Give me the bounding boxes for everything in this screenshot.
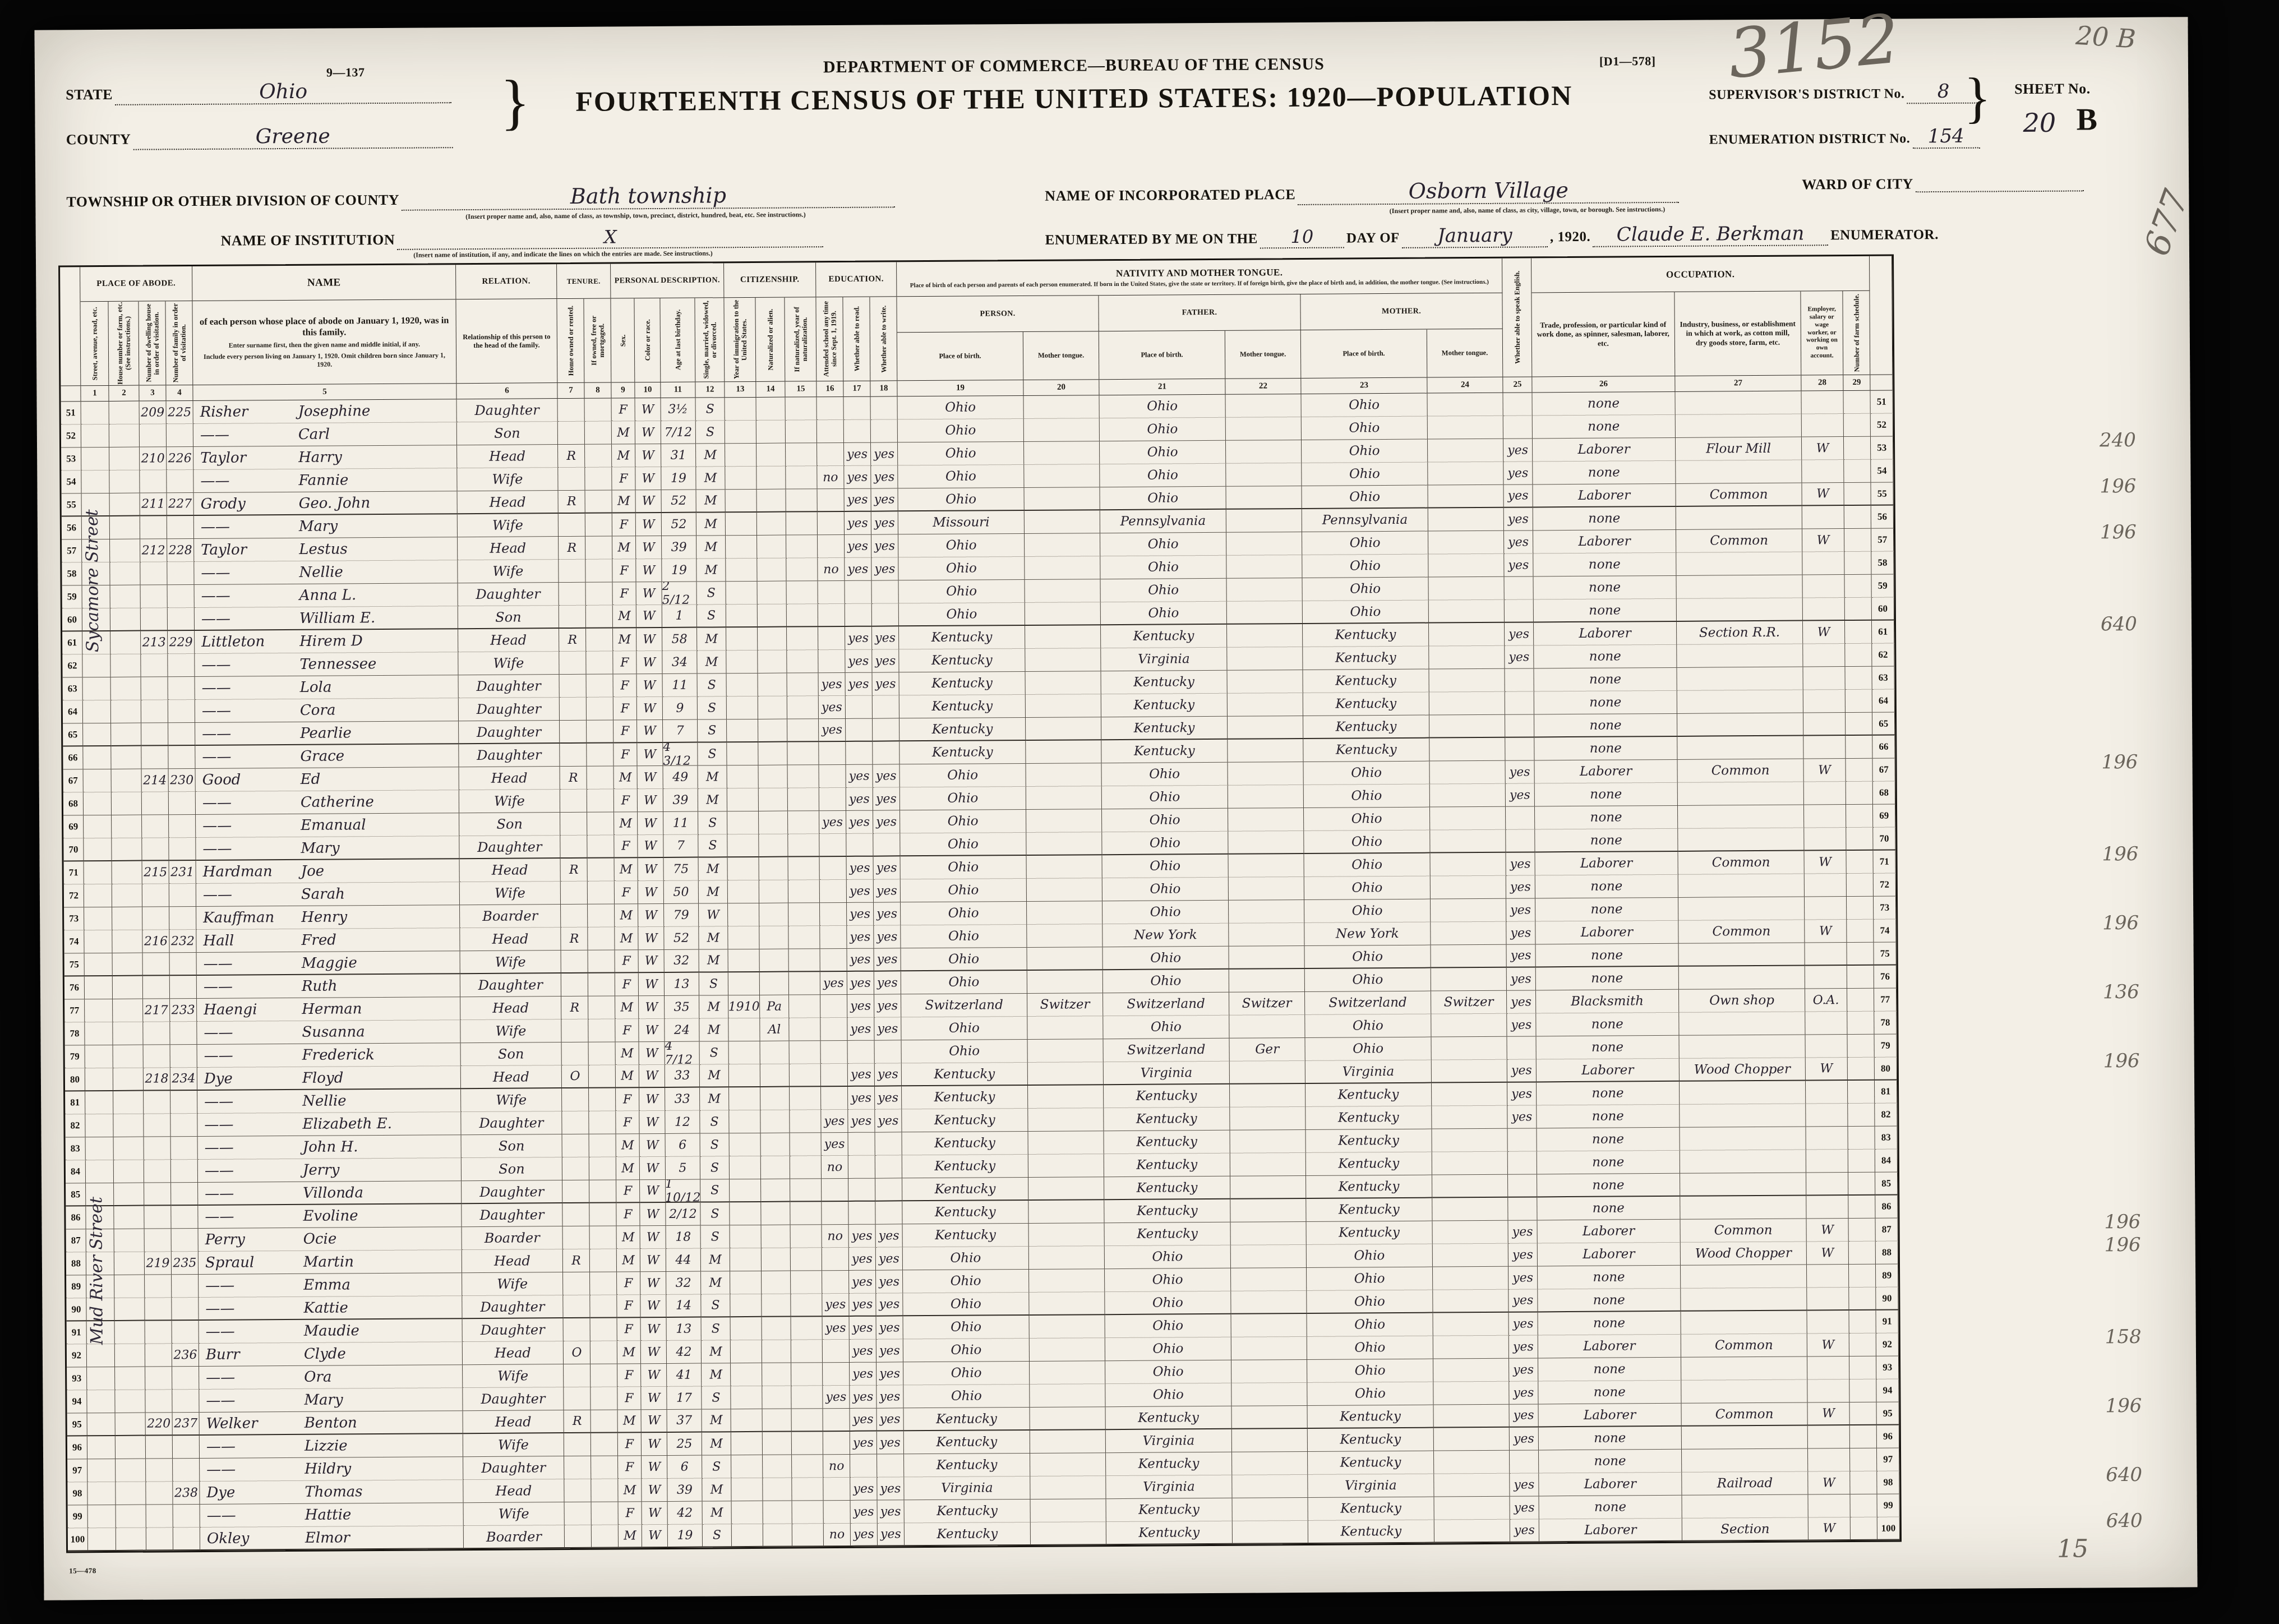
cell-birthplace: Kentucky [902, 1201, 1028, 1224]
cell-mother-tongue [1030, 1476, 1106, 1500]
cell-can-read [845, 604, 872, 627]
table-row-name: ——Grace [195, 744, 459, 769]
cell-speaks-english: yes [1508, 1289, 1538, 1312]
table-row-name: ——Lola [195, 675, 459, 700]
cell-given-name: Harry [298, 449, 342, 465]
cell-naturalized: Pa [760, 995, 789, 1018]
cell-relation: Wife [464, 1502, 565, 1526]
cell-father-birthplace: Kentucky [1101, 625, 1227, 648]
table-row-name: ——Frederick [197, 1043, 461, 1068]
cell-family-number [171, 1137, 198, 1160]
cell-naturalized [759, 857, 788, 880]
cell-dwelling-number [144, 1160, 171, 1183]
cell-worker-class: W [1803, 759, 1846, 782]
cell-mother-tongue [1025, 625, 1101, 649]
cell-surname: —— [202, 702, 300, 719]
cell-marital: S [700, 1156, 730, 1179]
cell-naturalization-year [792, 1409, 823, 1432]
cell-speaks-english: yes [1508, 1220, 1538, 1243]
cell-mother-birthplace: Kentucky [1303, 739, 1429, 762]
cell-line-number-right: 76 [1874, 966, 1897, 989]
cell-house-number [113, 999, 143, 1022]
cell-surname: —— [202, 748, 300, 765]
cell-color: W [639, 1111, 665, 1134]
cell-age: 52 [662, 490, 696, 513]
cell-naturalization-year [787, 604, 818, 627]
cell-age: 7/12 [661, 421, 696, 444]
cell-can-write: yes [875, 1063, 902, 1086]
cell-can-write: yes [876, 1293, 903, 1316]
cell-line-number-right: 94 [1876, 1379, 1899, 1402]
cell-family-number: 237 [173, 1413, 200, 1436]
table-row-name: DyeFloyd [197, 1066, 461, 1091]
cell-marital: S [700, 1110, 729, 1133]
cell-naturalized [758, 582, 787, 605]
cell-naturalization-year [792, 1478, 823, 1501]
cell-home-owned [558, 422, 585, 445]
cell-speaks-english: yes [1505, 622, 1534, 645]
cell-can-write: yes [876, 1362, 903, 1385]
cell-father-birthplace: Ohio [1099, 395, 1225, 418]
column-number-13: 13 [725, 382, 756, 398]
cell-mother-tongue [1027, 970, 1103, 994]
cell-given-name: Mary [304, 1391, 343, 1408]
cell-worker-class: W [1806, 1219, 1848, 1242]
cell-naturalized [762, 1363, 791, 1386]
cell-age: 33 [665, 1065, 700, 1088]
year-label: , 1920. [1550, 229, 1590, 244]
pencil-margin-number: 640 [2106, 1510, 2143, 1532]
cell-mother-birthplace: Ohio [1302, 578, 1428, 601]
cell-father-tongue [1230, 1061, 1305, 1085]
cell-line-number-right: 66 [1872, 736, 1895, 759]
cell-line-number-right: 54 [1871, 460, 1893, 483]
cell-marital: M [699, 949, 728, 972]
cell-naturalization-year [786, 443, 817, 466]
cell-mortgage [586, 628, 613, 651]
cell-street [88, 1528, 116, 1551]
cell-color: W [637, 697, 663, 720]
cell-immigration-year [731, 1455, 763, 1478]
cell-naturalized [758, 673, 787, 696]
cell-dwelling-number: 213 [141, 631, 168, 654]
cell-dwelling-number [142, 907, 169, 930]
cell-worker-class [1802, 460, 1844, 483]
cell-house-number [116, 1436, 146, 1459]
cell-worker-class: W [1802, 483, 1844, 506]
cell-worker-class: W [1804, 851, 1846, 874]
cell-street [84, 792, 112, 815]
cell-color: W [638, 835, 663, 858]
cell-marital: S [698, 673, 727, 696]
cell-father-birthplace: Ohio [1102, 901, 1229, 924]
cell-home-owned [560, 790, 587, 813]
cell-line-number-right: 60 [1872, 598, 1894, 621]
township-note: (Insert proper name and, also, name of c… [383, 210, 888, 221]
cell-naturalized [757, 490, 786, 513]
cell-immigration-year [725, 398, 756, 421]
cell-industry [1678, 943, 1805, 967]
department-line: DEPARTMENT OF COMMERCE—BUREAU OF THE CEN… [823, 55, 1325, 77]
cell-home-owned [559, 560, 585, 583]
table-row-name: ——Carl [193, 422, 457, 447]
cell-worker-class [1808, 1494, 1850, 1517]
cell-relation: Wife [457, 468, 558, 491]
cell-age: 75 [664, 858, 699, 881]
cell-trade: none [1534, 645, 1677, 669]
cell-marital: M [702, 1363, 731, 1386]
cell-house-number [110, 654, 141, 677]
cell-birthplace: Kentucky [904, 1454, 1030, 1477]
cell-immigration-year [730, 1271, 762, 1294]
cell-father-birthplace: Virginia [1106, 1475, 1232, 1499]
cell-home-owned [560, 721, 587, 744]
cell-father-tongue [1227, 647, 1303, 671]
cell-attended-school [821, 1064, 848, 1087]
cell-immigration-year [730, 1179, 761, 1202]
cell-mother-birthplace: Ohio [1307, 1336, 1433, 1360]
cell-mother-birthplace: Kentucky [1303, 647, 1429, 670]
cell-trade: none [1535, 875, 1678, 899]
cell-line-number: 88 [66, 1252, 86, 1275]
cell-dwelling-number [144, 1183, 171, 1206]
cell-color: W [642, 1479, 667, 1502]
cell-marital: M [699, 1018, 728, 1041]
column-number-17: 17 [843, 381, 870, 397]
cell-naturalization-year [789, 1018, 820, 1041]
cell-worker-class: W [1809, 1517, 1851, 1540]
cell-home-owned [559, 583, 586, 606]
cell-speaks-english [1506, 806, 1535, 829]
incorporated-place-note: (Insert proper name and, also, name of c… [1314, 205, 1740, 216]
cell-street [81, 402, 109, 425]
cell-mother-birthplace: Ohio [1304, 899, 1431, 923]
cell-mortgage [587, 812, 614, 835]
cell-immigration-year [726, 513, 757, 536]
cell-can-read: yes [850, 1317, 876, 1340]
institution-value: X [604, 226, 617, 247]
column-number-15: 15 [785, 381, 816, 397]
cell-line-number: 75 [64, 953, 85, 976]
cell-home-owned: R [561, 928, 588, 951]
cell-color: W [639, 1065, 665, 1088]
cell-house-number [111, 723, 141, 746]
cell-mother-birthplace: Kentucky [1303, 624, 1429, 647]
cell-home-owned: R [563, 1249, 590, 1272]
cell-can-read: yes [849, 1225, 876, 1248]
incorporated-place-label: NAME OF INCORPORATED PLACE [1045, 186, 1295, 204]
cell-can-write: yes [873, 787, 900, 810]
cell-home-owned [559, 514, 585, 537]
cell-house-number [115, 1367, 145, 1390]
cell-dwelling-number: 210 [140, 447, 167, 470]
cell-house-number [112, 769, 142, 792]
citizenship-group-title: CITIZENSHIP. [724, 262, 816, 298]
cell-industry [1682, 1448, 1808, 1472]
cell-worker-class: W [1807, 1242, 1849, 1265]
cell-house-number [109, 470, 140, 493]
cell-color: W [638, 927, 664, 950]
cell-mother-birthplace: Ohio [1307, 1313, 1433, 1337]
cell-farm-schedule [1845, 644, 1872, 667]
cell-mother-tongue2 [1434, 1428, 1510, 1451]
cell-mother-tongue2 [1428, 577, 1504, 601]
cell-industry [1680, 1104, 1806, 1127]
cell-color: W [640, 1295, 666, 1318]
cell-farm-schedule [1844, 483, 1871, 506]
cell-house-number [114, 1206, 144, 1229]
cell-worker-class: W [1803, 621, 1845, 644]
cell-birthplace: Kentucky [899, 649, 1025, 672]
cell-worker-class [1806, 1081, 1848, 1104]
cell-relation: Son [461, 1042, 562, 1066]
cell-father-tongue [1225, 394, 1301, 418]
cell-can-write [871, 419, 898, 442]
column-number-14: 14 [756, 382, 785, 398]
cell-marital: M [699, 857, 728, 880]
cell-trade: none [1533, 415, 1676, 439]
cell-age: 39 [667, 1479, 702, 1502]
census-title: FOURTEENTH CENSUS OF THE UNITED STATES: … [575, 79, 1572, 118]
cell-surname: Kauffman [203, 909, 301, 926]
cell-color: W [639, 973, 665, 996]
cell-father-tongue [1229, 854, 1304, 878]
cell-attended-school [822, 1271, 849, 1294]
cell-surname: —— [201, 587, 299, 605]
cell-mother-tongue [1028, 1154, 1104, 1178]
cell-birthplace: Ohio [901, 925, 1027, 948]
cell-farm-schedule [1849, 1242, 1876, 1265]
cell-immigration-year [728, 903, 759, 926]
table-row-name: ——Hattie [200, 1503, 464, 1528]
cell-father-birthplace: Ohio [1100, 418, 1226, 441]
cell-dwelling-number [144, 1114, 170, 1137]
cell-sex: F [616, 1203, 640, 1226]
cell-mortgage [587, 674, 613, 697]
cell-line-number: 54 [61, 470, 81, 493]
cell-mother-birthplace: Kentucky [1303, 693, 1429, 716]
cell-industry [1677, 667, 1803, 691]
cell-sex: F [617, 1272, 640, 1295]
line-number-column-header [60, 267, 81, 386]
cell-trade: none [1534, 691, 1677, 715]
cell-mother-birthplace: Kentucky [1308, 1428, 1434, 1452]
cell-can-read: yes [845, 650, 872, 673]
cell-mortgage [591, 1433, 618, 1456]
cell-mother-tongue [1025, 533, 1100, 557]
cell-surname: —— [201, 564, 299, 582]
cell-birthplace: Kentucky [902, 1063, 1028, 1086]
cell-family-number [170, 1022, 197, 1045]
cell-marital: M [696, 490, 726, 513]
cell-mother-tongue2 [1428, 439, 1503, 463]
cell-naturalized [763, 1409, 792, 1432]
enumerated-line: ENUMERATED BY ME ON THE 10 DAY OF Januar… [1045, 222, 1939, 251]
cell-birthplace: Ohio [898, 419, 1024, 442]
cell-sex: F [616, 1111, 639, 1134]
cell-line-number-right: 73 [1874, 897, 1896, 920]
cell-naturalized [759, 926, 788, 949]
cell-industry [1678, 805, 1804, 829]
cell-family-number [167, 516, 194, 539]
cell-mortgage [585, 421, 612, 444]
cell-father-birthplace: Kentucky [1101, 740, 1228, 763]
cell-age: 18 [666, 1226, 701, 1249]
cell-mother-tongue [1025, 579, 1101, 603]
cell-naturalized [758, 605, 787, 628]
cell-age: 17 [667, 1387, 702, 1410]
cell-line-number-right: 90 [1876, 1287, 1898, 1310]
cell-line-number: 77 [64, 999, 85, 1022]
cell-mortgage [589, 1157, 616, 1180]
cell-birthplace: Kentucky [902, 1178, 1028, 1201]
cell-industry: Common [1678, 851, 1804, 875]
cell-worker-class: O.A. [1805, 989, 1847, 1012]
cell-line-number: 91 [67, 1321, 87, 1344]
cell-home-owned [565, 1525, 592, 1548]
cell-farm-schedule [1844, 437, 1871, 460]
cell-line-number-right: 74 [1874, 920, 1896, 943]
cell-father-birthplace: Ohio [1102, 763, 1228, 786]
cell-mother-tongue [1030, 1430, 1106, 1454]
cell-dwelling-number: 220 [146, 1413, 173, 1436]
cell-given-name: Elizabeth E. [302, 1115, 392, 1133]
cell-mother-tongue [1026, 786, 1102, 810]
cell-line-number: 80 [65, 1068, 85, 1091]
table-row-name: LittletonHirem D [195, 629, 458, 654]
cell-naturalized [762, 1271, 791, 1294]
cell-speaks-english: yes [1507, 1105, 1537, 1128]
column-number-6: 6 [456, 383, 557, 399]
col27-industry-header: Industry, business, or establishment in … [1674, 292, 1801, 376]
cell-speaks-english: yes [1506, 875, 1535, 898]
cell-speaks-english [1510, 1450, 1539, 1473]
cell-surname: —— [202, 794, 301, 811]
cell-worker-class [1803, 736, 1846, 759]
cell-attended-school [818, 489, 845, 512]
cell-father-tongue [1230, 1130, 1306, 1154]
cell-family-number [168, 723, 195, 746]
cell-attended-school [820, 995, 847, 1018]
cell-trade: none [1538, 1266, 1681, 1290]
cell-naturalization-year [791, 1317, 823, 1340]
cell-attended-school: yes [819, 673, 846, 696]
cell-attended-school [818, 604, 845, 627]
pencil-margin-number: 196 [2101, 751, 2138, 773]
cell-can-read [850, 1455, 877, 1478]
cell-can-read: yes [851, 1501, 878, 1524]
cell-mother-tongue [1027, 901, 1102, 925]
cell-birthplace: Ohio [900, 810, 1026, 833]
cell-surname: Hall [203, 932, 301, 949]
cell-worker-class [1808, 1448, 1850, 1471]
cell-father-birthplace: Ohio [1103, 1016, 1229, 1039]
cell-father-birthplace: Kentucky [1104, 1108, 1230, 1131]
cell-relation: Daughter [462, 1295, 563, 1319]
cell-immigration-year [729, 1041, 760, 1064]
cell-age: 52 [664, 927, 699, 950]
cell-family-number [172, 1275, 199, 1298]
cell-mother-birthplace: Kentucky [1305, 1106, 1432, 1130]
cell-mother-tongue2 [1432, 1083, 1507, 1106]
cell-father-tongue [1231, 1383, 1307, 1406]
cell-house-number [110, 585, 141, 608]
cell-mother-tongue2 [1434, 1497, 1510, 1520]
cell-age: 33 [665, 1088, 700, 1111]
cell-speaks-english: yes [1509, 1312, 1538, 1335]
cell-birthplace: Ohio [901, 879, 1027, 902]
cell-dwelling-number [145, 1344, 172, 1367]
cell-sex: M [615, 904, 638, 927]
cell-marital: S [700, 1202, 730, 1225]
table-row-name: ——Ora [199, 1365, 463, 1390]
cell-can-read: yes [846, 765, 873, 788]
cell-mother-tongue [1030, 1315, 1105, 1339]
cell-surname: —— [201, 610, 299, 627]
cell-sex: M [617, 1341, 641, 1364]
cell-immigration-year [729, 1087, 760, 1110]
cell-speaks-english [1508, 1174, 1537, 1197]
cell-marital: M [698, 788, 727, 811]
cell-can-read [848, 1041, 875, 1064]
cell-dwelling-number [146, 1436, 173, 1459]
cell-naturalization-year [792, 1524, 824, 1547]
cell-relation: Daughter [462, 1180, 562, 1204]
cell-dwelling-number: 218 [144, 1068, 170, 1091]
cell-can-write: yes [877, 1408, 904, 1431]
cell-family-number: 232 [169, 930, 196, 953]
cell-speaks-english: yes [1509, 1358, 1538, 1381]
col11-age-header: Age at last birthday. [660, 298, 695, 382]
cell-immigration-year [727, 834, 759, 857]
table-row-name: ——John H. [198, 1135, 462, 1160]
cell-immigration-year [731, 1432, 763, 1455]
cell-father-tongue [1232, 1429, 1308, 1452]
cell-sex: F [613, 582, 636, 605]
cell-father-tongue: Switzer [1229, 992, 1305, 1016]
cell-mother-tongue2 [1431, 876, 1506, 899]
cell-mother-tongue2 [1429, 692, 1505, 716]
cell-age: 4 3/12 [663, 743, 698, 766]
cell-farm-schedule [1849, 1357, 1876, 1380]
cell-dwelling-number [144, 1045, 170, 1068]
cell-naturalized [762, 1340, 791, 1363]
cell-birthplace: Kentucky [904, 1431, 1030, 1454]
cell-street [84, 884, 112, 907]
cell-color: W [641, 1318, 667, 1341]
cell-family-number [170, 953, 197, 976]
cell-mother-birthplace: Ohio [1305, 1037, 1432, 1061]
cell-dwelling-number [145, 1229, 172, 1252]
table-row-name: ——Susanna [197, 1020, 460, 1045]
cell-industry [1678, 874, 1805, 898]
cell-line-number-right: 84 [1875, 1149, 1898, 1172]
cell-birthplace: Ohio [903, 1293, 1029, 1316]
cell-industry [1681, 1357, 1807, 1380]
incorporated-place-line: NAME OF INCORPORATED PLACE Osborn Villag… [1045, 177, 1679, 207]
cell-mother-tongue2 [1434, 1405, 1510, 1428]
cell-can-read: yes [847, 857, 874, 880]
cell-mother-tongue2 [1431, 1014, 1507, 1037]
cell-marital: M [701, 1248, 730, 1271]
cell-dwelling-number: 217 [143, 999, 170, 1022]
cell-attended-school: no [822, 1156, 848, 1179]
cell-attended-school: no [822, 1225, 849, 1248]
col9-sex-header: Sex. [611, 298, 635, 382]
number-cell-blank-right [1870, 375, 1893, 391]
cell-birthplace: Ohio [903, 1339, 1030, 1362]
cell-home-owned: R [559, 537, 585, 560]
